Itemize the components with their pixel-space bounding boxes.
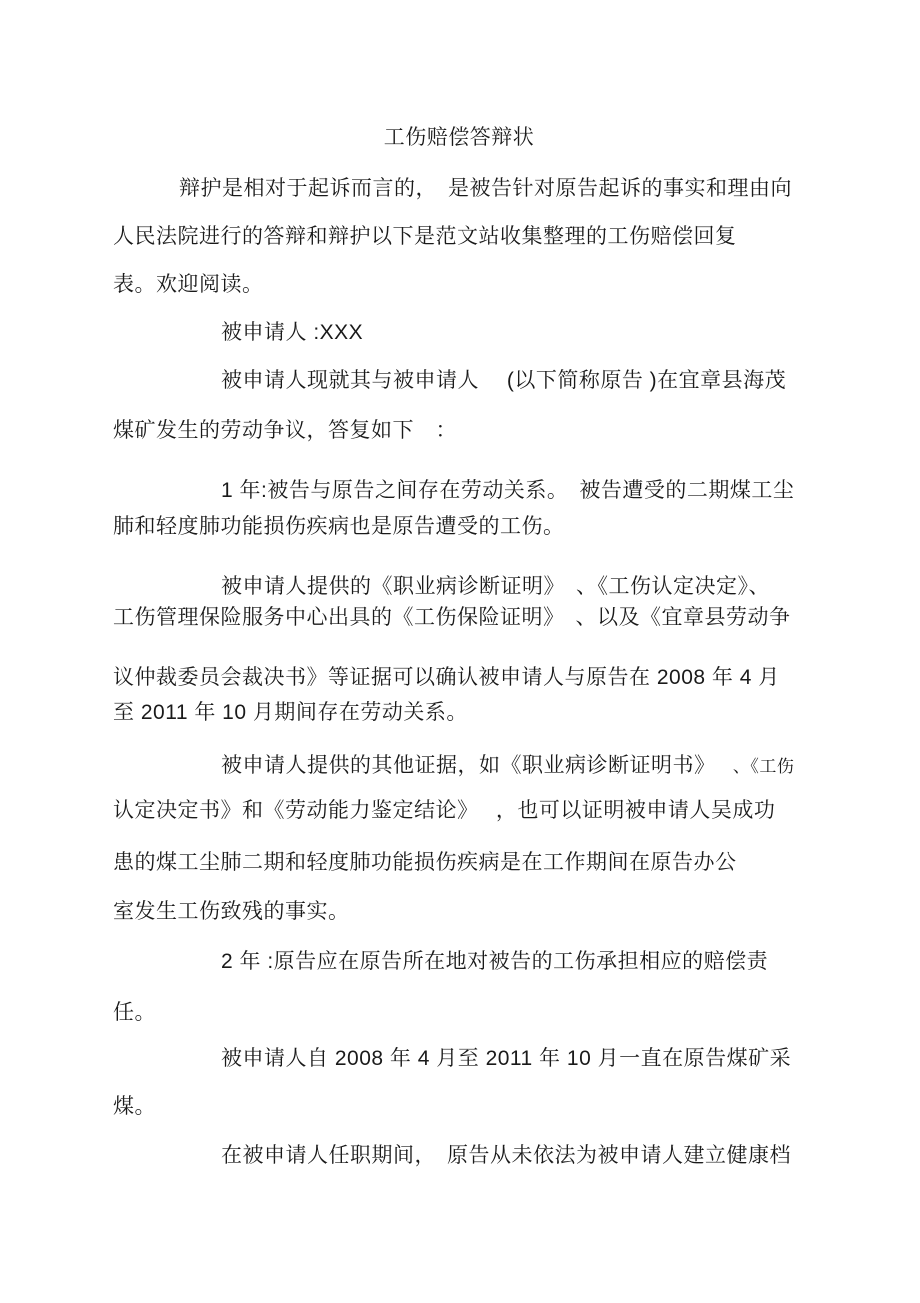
paragraph-line: 肺和轻度肺功能损伤疾病也是原告遭受的工伤。 <box>113 513 805 540</box>
paragraph-line: 被申请人现就其与被申请人 (以下简称原告 )在宜章县海茂 <box>113 367 913 394</box>
paragraph-line: 议仲裁委员会裁决书》等证据可以确认被申请人与原告在 2008 年 4 月 <box>113 664 805 691</box>
paragraph-line-point-1: 1 年:被告与原告之间存在劳动关系。 被告遭受的二期煤工尘 <box>113 477 913 504</box>
paragraph-line: 患的煤工尘肺二期和轻度肺功能损伤疾病是在工作期间在原告办公 <box>113 849 805 876</box>
document-title: 工伤赔偿答辩状 <box>113 124 805 151</box>
paragraph-line-point-2: 2 年 :原告应在原告所在地对被告的工伤承担相应的赔偿责 <box>113 948 913 975</box>
paragraph-line: 室发生工伤致残的事实。 <box>113 898 805 925</box>
paragraph-line: 煤。 <box>113 1093 805 1120</box>
paragraph-line: 认定决定书》和《劳动能力鉴定结论》 ，也可以证明被申请人吴成功 <box>113 797 805 824</box>
paragraph-line: 人民法院进行的答辩和辩护以下是范文站收集整理的工伤赔偿回复 <box>113 223 805 250</box>
paragraph-line: 被申请人自 2008 年 4 月至 2011 年 10 月一直在原告煤矿采 <box>113 1045 913 1072</box>
paragraph-line: 辩护是相对于起诉而言的， 是被告针对原告起诉的事实和理由向 <box>113 175 871 202</box>
paragraph-line: 至 2011 年 10 月期间存在劳动关系。 <box>113 699 805 726</box>
paragraph-line: 被申请人提供的《职业病诊断证明》 、《工伤认定决定》、 <box>113 573 913 600</box>
paragraph-text: 被申请人提供的其他证据，如《职业病诊断证明书》 <box>221 754 733 777</box>
paragraph-line: 工伤管理保险服务中心出具的《工伤保险证明》 、以及《宜章县劳动争 <box>113 604 805 631</box>
paragraph-line: 煤矿发生的劳动争议，答复如下 ： <box>113 417 805 444</box>
paragraph-line: 被申请人提供的其他证据，如《职业病诊断证明书》 、《工伤 <box>113 752 913 780</box>
paragraph-line-respondent: 被申请人 :XXX <box>113 319 913 346</box>
document-page: 工伤赔偿答辩状 辩护是相对于起诉而言的， 是被告针对原告起诉的事实和理由向 人民… <box>0 0 920 1303</box>
paragraph-line: 在被申请人任职期间， 原告从未依法为被申请人建立健康档 <box>113 1142 913 1169</box>
paragraph-line: 任。 <box>113 999 805 1026</box>
paragraph-line: 表。欢迎阅读。 <box>113 271 805 298</box>
paragraph-text-small: 、《工伤 <box>733 757 795 776</box>
